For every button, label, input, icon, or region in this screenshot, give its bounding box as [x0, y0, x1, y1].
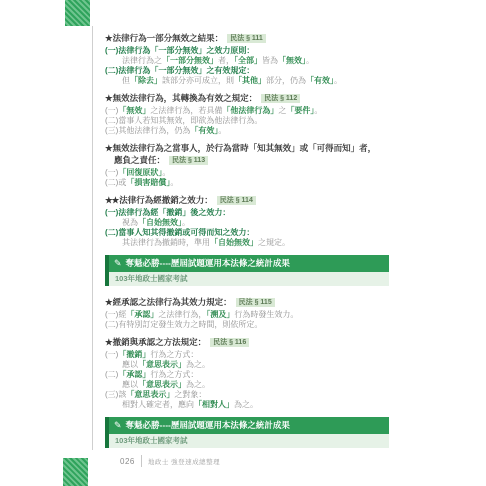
text-segment: 視為 — [122, 218, 138, 227]
law-section: ★無效法律行為，其轉換為有效之規定：民法 § 112(一)「無效」之法律行為，若… — [105, 93, 389, 136]
text-line: 但「除去」該部分亦可成立，則「其他」部分，仍為「有效」。 — [105, 76, 389, 86]
keyword-text: 「意思表示」 — [138, 360, 186, 369]
text-segment: 應以 — [122, 360, 138, 369]
star-marker: ★★ — [105, 195, 118, 205]
star-marker: ★ — [105, 33, 112, 43]
text-segment: (二)有特別訂定發生效力之時間，則依所定。 — [105, 320, 262, 329]
law-section: ★★法律行為經撤銷之效力：民法 § 114(一)法律行為經「撤銷」後之效力：視為… — [105, 195, 389, 248]
text-segment: 該部分亦可成立，則 — [162, 76, 234, 85]
section-heading-text: 法律行為經撤銷之效力： — [119, 195, 213, 205]
keyword-text: 「意思表示」 — [138, 380, 186, 389]
keyword-text: 「自始無效」 — [138, 218, 182, 227]
text-segment: 為之。 — [186, 360, 210, 369]
text-line: (二)或「損害賠償」。 — [105, 178, 389, 188]
law-section: ★經承認之法律行為其效力規定：民法 § 115(一)經「承認」之法律行為，「溯及… — [105, 297, 389, 330]
pencil-icon: ✎ — [114, 420, 122, 430]
keyword-text: 「除去」 — [130, 76, 162, 85]
text-segment: 但 — [122, 76, 130, 85]
footer-divider — [141, 455, 142, 467]
text-line: 視為「自始無效」。 — [105, 218, 389, 228]
keyword-text: 「撤銷」 — [118, 350, 150, 359]
text-segment: 皆為 — [262, 56, 278, 65]
keyword-text: 「自始無效」 — [210, 238, 258, 247]
exam-year-row: 103年地政士國家考試 — [109, 272, 389, 286]
law-article-badge: 民法 § 115 — [236, 298, 275, 307]
text-line: (二)法律行為「一部分無效」之有效規定： — [105, 66, 389, 76]
text-line: (三)該「意思表示」之對象： — [105, 390, 389, 400]
keyword-text: 「相對人」 — [194, 400, 234, 409]
text-segment: 部分，仍為 — [266, 76, 306, 85]
text-segment: (一)法律行為經「撤銷」後之效力： — [105, 208, 230, 217]
text-segment: 其法律行為撤銷時，準用 — [122, 238, 210, 247]
law-article-badge: 民法 § 113 — [169, 156, 208, 165]
law-section: ★撤銷與承認之方法規定：民法 § 116(一)「撤銷」行為之方式：應以「意思表示… — [105, 337, 389, 410]
section-heading-text: 應負之責任： — [114, 155, 165, 165]
star-marker: ★ — [105, 93, 112, 103]
text-segment: 。 — [314, 106, 322, 115]
band-title-text: 奪魁必勝----歷屆試題運用本法條之統計成果 — [126, 258, 290, 268]
text-segment: 相對人確定者，應向 — [122, 400, 194, 409]
star-marker: ★ — [105, 337, 112, 347]
text-segment: 之法律行為， — [158, 310, 206, 319]
section-heading-text: 法律行為一部分無效之結果： — [113, 33, 224, 43]
text-line: (三)其他法律行為，仍為「有效」。 — [105, 126, 389, 136]
keyword-text: 「回復原狀」 — [118, 168, 162, 177]
text-segment: 。 — [162, 168, 170, 177]
text-segment: 為之。 — [234, 400, 258, 409]
keyword-text: 「一部分無效」 — [162, 56, 218, 65]
keyword-text: 「有效」 — [190, 126, 218, 135]
text-line: (一)法律行為經「撤銷」後之效力： — [105, 208, 389, 218]
text-segment: (一)經 — [105, 310, 126, 319]
section-heading-text: 撤銷與承認之方法規定： — [113, 337, 207, 347]
text-line: (二)有特別訂定發生效力之時間，則依所定。 — [105, 320, 389, 330]
text-line: (一)「無效」之法律行為，若具備「他法律行為」之「要件」。 — [105, 106, 389, 116]
star-marker: ★ — [105, 297, 112, 307]
book-page: ★法律行為一部分無效之結果：民法 § 111(一)法律行為「一部分無效」之效力原… — [0, 0, 486, 486]
keyword-text: 「有效」 — [306, 76, 334, 85]
text-segment: 應以 — [122, 380, 138, 389]
keyword-text: 「無效」 — [118, 106, 150, 115]
text-segment: 行為之方式： — [150, 350, 198, 359]
text-line: 相對人確定者，應向「相對人」為之。 — [105, 400, 389, 410]
exam-stats-band: ✎奪魁必勝----歷屆試題運用本法條之統計成果103年地政士國家考試 — [105, 255, 389, 286]
text-segment: 之法律行為，若具備 — [150, 106, 222, 115]
text-segment: 。 — [334, 76, 342, 85]
text-segment: 。 — [170, 178, 178, 187]
text-segment: (二)當事人若知其無效，即欲為他法律行為。 — [105, 116, 262, 125]
text-segment: (三)其他法律行為，仍為 — [105, 126, 190, 135]
keyword-text: 「溯及」 — [206, 310, 234, 319]
law-article-badge: 民法 § 112 — [261, 94, 300, 103]
section-heading: ★法律行為一部分無效之結果：民法 § 111 — [105, 33, 389, 44]
text-segment: 。 — [182, 218, 190, 227]
text-line: 法律行為之「一部分無效」者，「全部」皆為「無效」。 — [105, 56, 389, 66]
text-segment: 。 — [218, 126, 226, 135]
keyword-text: 「承認」 — [126, 310, 158, 319]
content-column: ★法律行為一部分無效之結果：民法 § 111(一)法律行為「一部分無效」之效力原… — [105, 26, 389, 459]
text-segment: 行為之方式： — [150, 370, 198, 379]
text-line: (二)當事人若知其無效，即欲為他法律行為。 — [105, 116, 389, 126]
law-article-badge: 民法 § 114 — [217, 196, 256, 205]
keyword-text: 「無效」 — [278, 56, 306, 65]
text-segment: (二)當事人知其得撤銷或可得而知之效力： — [105, 228, 254, 237]
text-line: (一)「撤銷」行為之方式： — [105, 350, 389, 360]
text-line: (二)當事人知其得撤銷或可得而知之效力： — [105, 228, 389, 238]
keyword-text: 「承認」 — [118, 370, 150, 379]
keyword-text: 「意思表示」 — [126, 390, 174, 399]
text-segment: (一)法律行為「一部分無效」之效力原則： — [105, 46, 254, 55]
text-segment: (一) — [105, 350, 118, 359]
section-heading-text: 無效法律行為，其轉換為有效之規定： — [113, 93, 258, 103]
text-segment: (三)該 — [105, 390, 126, 399]
section-heading: ★無效法律行為，其轉換為有效之規定：民法 § 112 — [105, 93, 389, 104]
exam-stats-band: ✎奪魁必勝----歷屆試題運用本法條之統計成果103年地政士國家考試 — [105, 417, 389, 448]
text-line: 其法律行為撤銷時，準用「自始無效」之規定。 — [105, 238, 389, 248]
text-segment: 行為時發生效力。 — [234, 310, 298, 319]
section-heading: ★★法律行為經撤銷之效力：民法 § 114 — [105, 195, 389, 206]
text-segment: 法律行為之 — [122, 56, 162, 65]
law-article-badge: 民法 § 111 — [227, 34, 266, 43]
text-segment: (二)法律行為「一部分無效」之有效規定： — [105, 66, 254, 75]
text-line: (一)經「承認」之法律行為，「溯及」行為時發生效力。 — [105, 310, 389, 320]
exam-year-row: 103年地政士國家考試 — [109, 434, 389, 448]
book-title: 地政士 強登速成總整理 — [148, 457, 220, 466]
section-heading: ★經承認之法律行為其效力規定：民法 § 115 — [105, 297, 389, 308]
exam-stats-band-title: ✎奪魁必勝----歷屆試題運用本法條之統計成果 — [109, 255, 389, 272]
section-heading-text: 經承認之法律行為其效力規定： — [113, 297, 232, 307]
text-segment: 。 — [306, 56, 314, 65]
text-segment: 者， — [218, 56, 234, 65]
keyword-text: 「全部」 — [234, 56, 262, 65]
text-segment: (一) — [105, 106, 118, 115]
text-segment: 之對象： — [174, 390, 206, 399]
text-line: (一)法律行為「一部分無效」之效力原則： — [105, 46, 389, 56]
pencil-icon: ✎ — [114, 258, 122, 268]
corner-stripe-decoration-top — [65, 0, 90, 26]
exam-stats-band-title: ✎奪魁必勝----歷屆試題運用本法條之統計成果 — [109, 417, 389, 434]
keyword-text: 「他法律行為」 — [222, 106, 278, 115]
text-line: 應以「意思表示」為之。 — [105, 380, 389, 390]
exam-year-text: 103年地政士國家考試 — [115, 274, 188, 283]
spine-divider-line — [92, 26, 93, 450]
page-number: 026 — [120, 457, 135, 466]
law-article-badge: 民法 § 116 — [210, 338, 249, 347]
text-segment: 為之。 — [186, 380, 210, 389]
law-section: ★無效法律行為之當事人，於行為當時「知其無效」或「可得而知」者，應負之責任：民法… — [105, 143, 389, 188]
section-heading-line2: 應負之責任：民法 § 113 — [105, 155, 389, 166]
exam-year-text: 103年地政士國家考試 — [115, 436, 188, 445]
band-title-text: 奪魁必勝----歷屆試題運用本法條之統計成果 — [126, 420, 290, 430]
law-section: ★法律行為一部分無效之結果：民法 § 111(一)法律行為「一部分無效」之效力原… — [105, 33, 389, 86]
corner-stripe-decoration-bottom — [63, 458, 88, 486]
text-line: (二)「承認」行為之方式： — [105, 370, 389, 380]
text-line: (一)「回復原狀」。 — [105, 168, 389, 178]
text-segment: 之規定。 — [258, 238, 290, 247]
section-heading: ★撤銷與承認之方法規定：民法 § 116 — [105, 337, 389, 348]
text-segment: (一) — [105, 168, 118, 177]
section-heading-text: 無效法律行為之當事人，於行為當時「知其無效」或「可得而知」者， — [113, 143, 377, 153]
text-segment: (二)或 — [105, 178, 126, 187]
keyword-text: 「要件」 — [286, 106, 314, 115]
section-heading: ★無效法律行為之當事人，於行為當時「知其無效」或「可得而知」者， — [105, 143, 389, 154]
keyword-text: 「損害賠償」 — [126, 178, 170, 187]
keyword-text: 「其他」 — [234, 76, 266, 85]
text-segment: (二) — [105, 370, 118, 379]
star-marker: ★ — [105, 143, 112, 153]
page-footer: 026 地政士 強登速成總整理 — [120, 455, 220, 467]
text-line: 應以「意思表示」為之。 — [105, 360, 389, 370]
